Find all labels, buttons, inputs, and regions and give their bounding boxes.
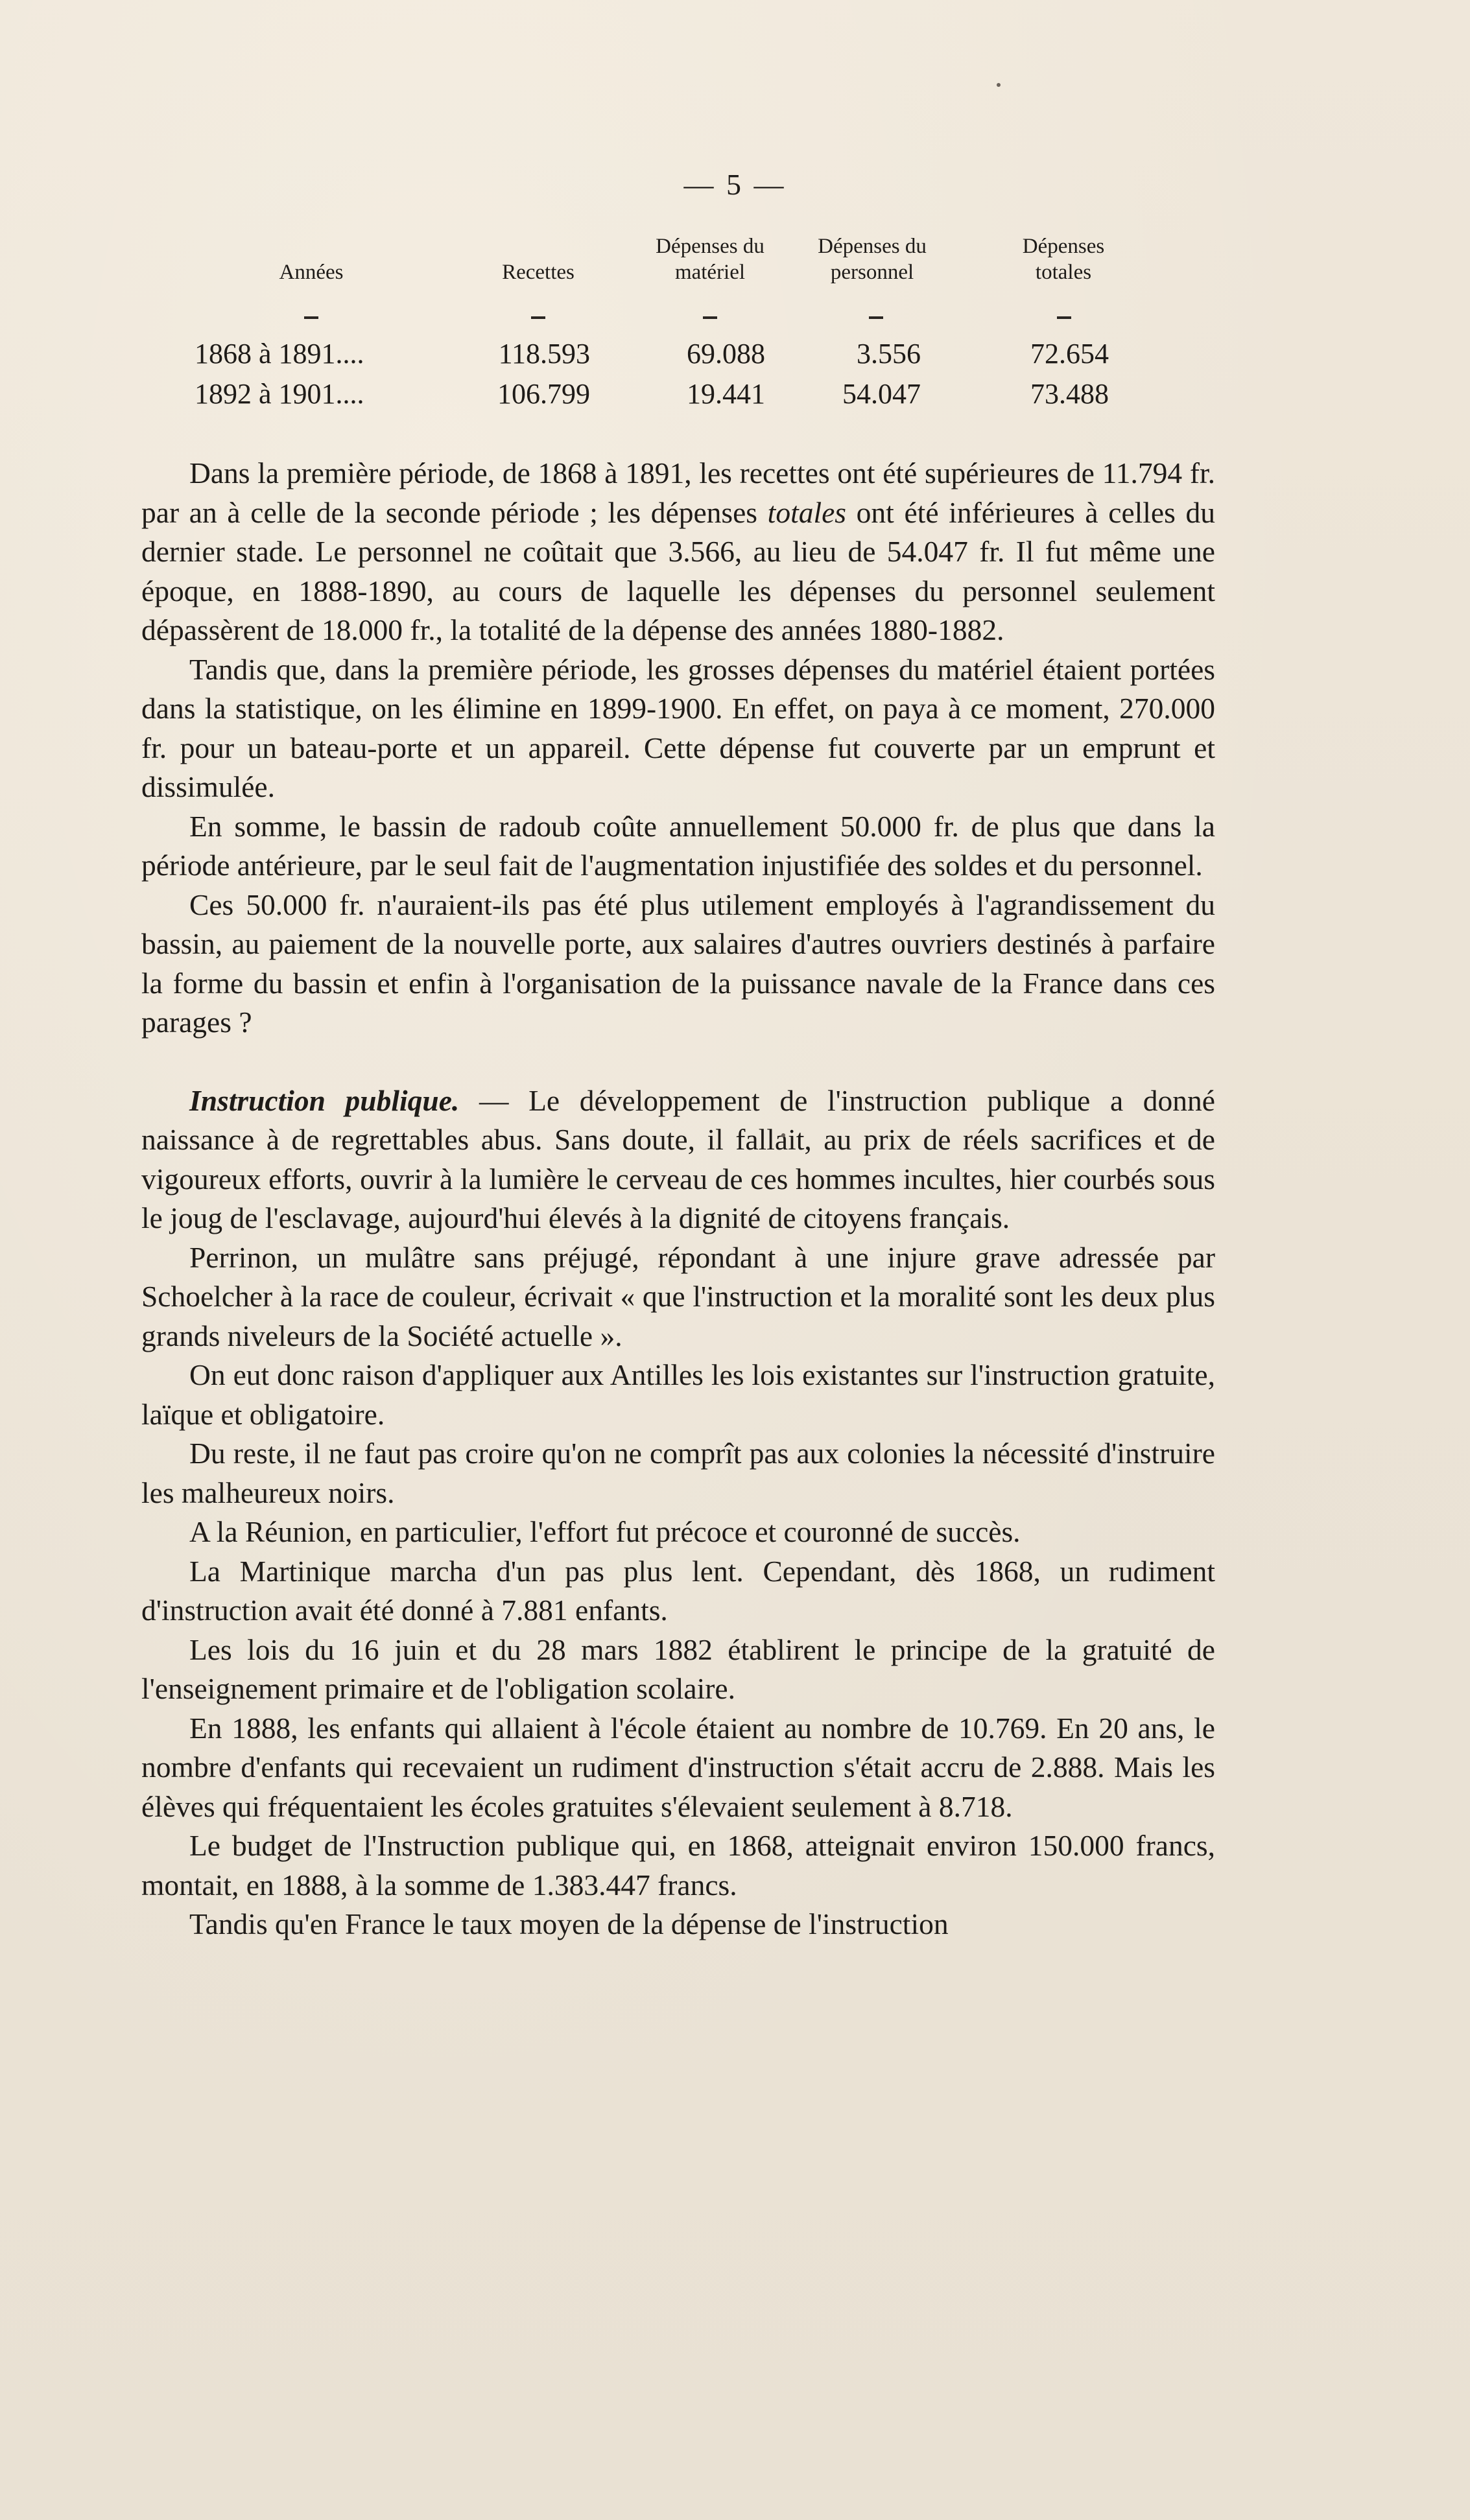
header-rule [869, 316, 883, 319]
scanned-page: — 5 — Années Recettes Dépenses du matéri… [0, 0, 1470, 2520]
paragraph: On eut donc raison d'appliquer aux Antil… [141, 1356, 1215, 1434]
header-personnel-line2: personnel [798, 259, 947, 285]
cell-totales: 73.488 [973, 377, 1109, 411]
header-annees: Années [246, 259, 376, 285]
header-recettes: Recettes [480, 259, 597, 285]
header-rule [1057, 316, 1071, 319]
header-totales-line2: totales [999, 259, 1128, 285]
header-totales-line1: Dépenses [999, 233, 1128, 259]
paragraph: Ces 50.000 fr. n'auraient-ils pas été pl… [141, 886, 1215, 1042]
paper-speck [781, 1133, 785, 1137]
header-rule [304, 316, 318, 319]
cell-materiel: 69.088 [635, 337, 765, 371]
cell-personnel: 54.047 [798, 377, 921, 411]
cell-personnel: 3.556 [798, 337, 921, 371]
header-rule [531, 316, 545, 319]
italic-word: totales [768, 496, 846, 529]
paragraph: Le budget de l'Instruction publique qui,… [141, 1826, 1215, 1905]
paragraph: Du reste, il ne faut pas croire qu'on ne… [141, 1434, 1215, 1513]
header-materiel: Dépenses du matériel [635, 233, 785, 285]
cell-totales: 72.654 [973, 337, 1109, 371]
paragraph: Dans la première période, de 1868 à 1891… [141, 454, 1215, 650]
cell-annees: 1868 à 1891.... [195, 337, 364, 371]
page-number: — 5 — [0, 167, 1470, 202]
paragraph: Perrinon, un mulâtre sans préjugé, répon… [141, 1238, 1215, 1356]
header-rule [703, 316, 717, 319]
paragraph: Les lois du 16 juin et du 28 mars 1882 é… [141, 1631, 1215, 1709]
header-personnel: Dépenses du personnel [798, 233, 947, 285]
header-totales: Dépenses totales [999, 233, 1128, 285]
cell-annees: 1892 à 1901.... [195, 377, 364, 411]
paragraph: Tandis que, dans la première période, le… [141, 650, 1215, 807]
cell-recettes: 106.799 [454, 377, 590, 411]
paragraph: En 1888, les enfants qui allaient à l'éc… [141, 1709, 1215, 1827]
section-paragraph: Instruction publique. — Le développement… [141, 1081, 1215, 1238]
body-text: Dans la première période, de 1868 à 1891… [141, 454, 1215, 1944]
header-materiel-line1: Dépenses du [635, 233, 785, 259]
paragraph: La Martinique marcha d'un pas plus lent.… [141, 1552, 1215, 1631]
paragraph: En somme, le bassin de radoub coûte annu… [141, 807, 1215, 886]
cell-materiel: 19.441 [635, 377, 765, 411]
paragraph: A la Réunion, en particulier, l'effort f… [141, 1513, 1215, 1552]
cell-recettes: 118.593 [454, 337, 590, 371]
header-materiel-line2: matériel [635, 259, 785, 285]
section-heading: Instruction publique. [189, 1084, 459, 1117]
table-header: Années Recettes Dépenses du matériel Dép… [195, 233, 1271, 305]
paragraph: Tandis qu'en France le taux moyen de la … [141, 1905, 1215, 1944]
header-personnel-line1: Dépenses du [798, 233, 947, 259]
paper-speck [997, 83, 1001, 87]
budget-table: Années Recettes Dépenses du matériel Dép… [195, 233, 1271, 305]
